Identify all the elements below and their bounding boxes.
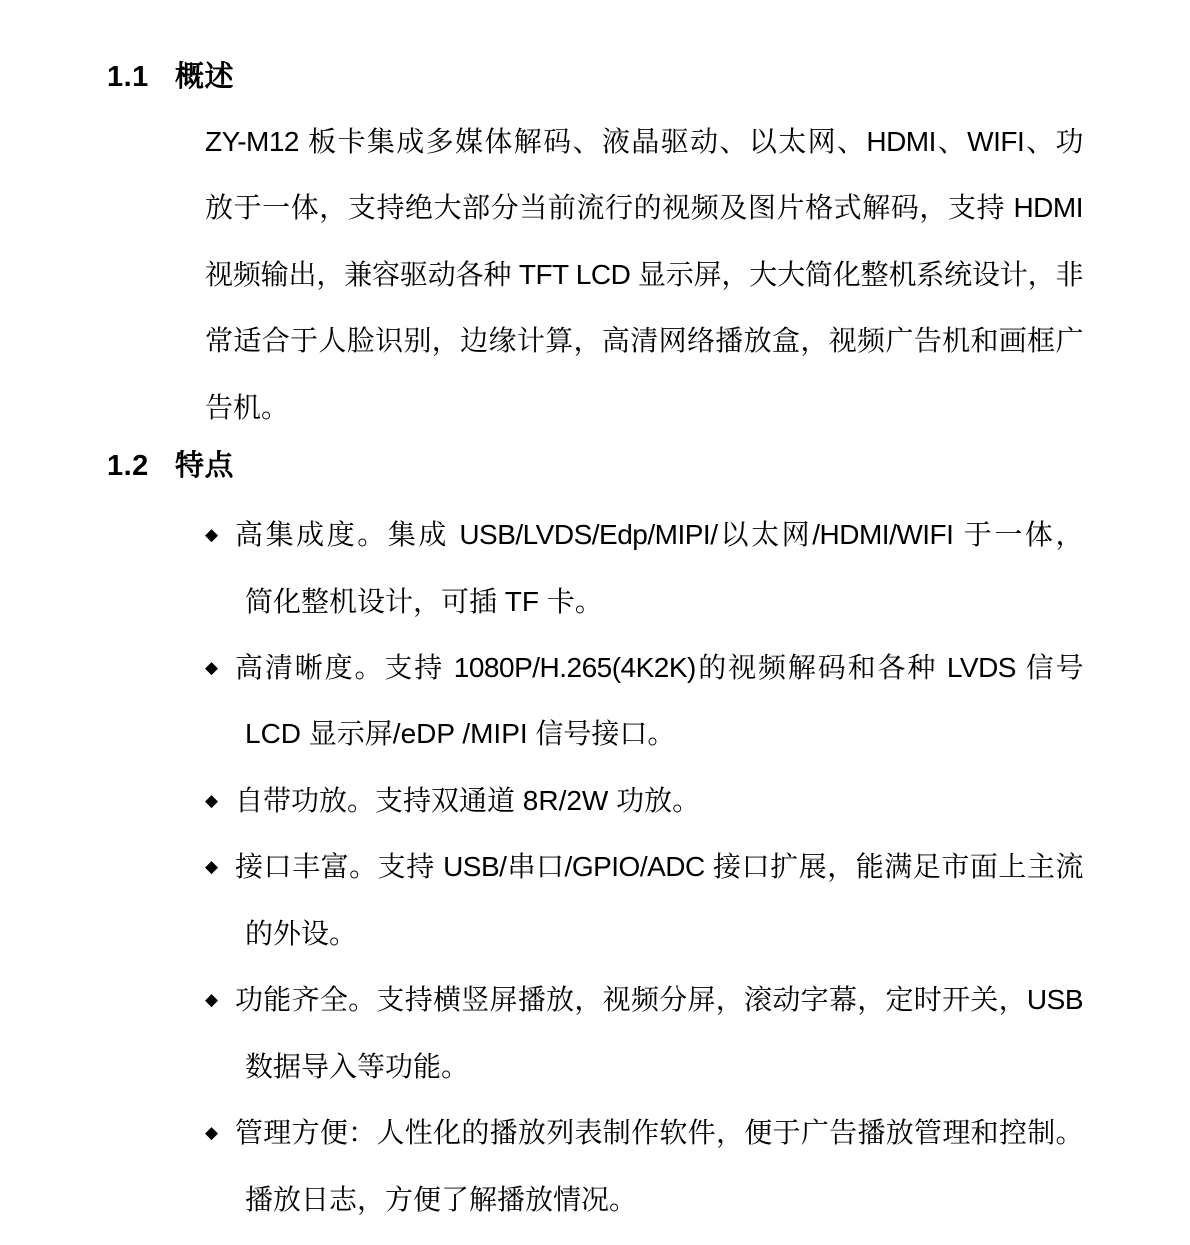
paragraph-line: ZY-M12 板卡集成多媒体解码、液晶驱动、以太网、HDMI、WIFI、功 xyxy=(205,123,1083,160)
document-page: 1.1概述 ZY-M12 板卡集成多媒体解码、液晶驱动、以太网、HDMI、WIF… xyxy=(0,0,1190,1245)
bullet-diamond-icon: ◆ xyxy=(205,981,235,1018)
section-title: 特点 xyxy=(175,450,234,482)
bullet-item: ◆ 管理方便：人性化的播放列表制作软件，便于广告播放管理和控制。 xyxy=(205,1114,1083,1151)
bullet-diamond-icon: ◆ xyxy=(205,516,235,553)
bullet-item: ◆ 自带功放。支持双通道 8R/2W 功放。 xyxy=(205,782,1083,819)
bullet-continuation-line: 的外设。 xyxy=(245,915,357,952)
bullet-continuation-line: 播放日志，方便了解播放情况。 xyxy=(245,1181,637,1218)
bullet-text: 自带功放。支持双通道 8R/2W 功放。 xyxy=(235,782,700,819)
bullet-item: ◆ 接口丰富。支持 USB/串口/GPIO/ADC 接口扩展，能满足市面上主流 xyxy=(205,848,1083,885)
bullet-item: ◆ 高集成度。集成 USB/LVDS/Edp/MIPI/以太网/HDMI/WIF… xyxy=(205,516,1083,553)
bullet-continuation-line: 数据导入等功能。 xyxy=(245,1048,469,1085)
bullet-text: 高集成度。集成 USB/LVDS/Edp/MIPI/以太网/HDMI/WIFI … xyxy=(235,516,1083,553)
bullet-item: ◆ 功能齐全。支持横竖屏播放，视频分屏，滚动字幕，定时开关，USB xyxy=(205,981,1083,1018)
bullet-continuation-line: 简化整机设计，可插 TF 卡。 xyxy=(245,583,603,620)
section-heading-1-2: 1.2特点 xyxy=(107,448,234,485)
bullet-diamond-icon: ◆ xyxy=(205,848,235,885)
bullet-diamond-icon: ◆ xyxy=(205,782,235,819)
bullet-item: ◆ 高清晰度。支持 1080P/H.265(4K2K)的视频解码和各种 LVDS… xyxy=(205,649,1083,686)
bullet-text: 管理方便：人性化的播放列表制作软件，便于广告播放管理和控制。 xyxy=(235,1114,1083,1151)
bullet-diamond-icon: ◆ xyxy=(205,1114,235,1151)
section-number: 1.2 xyxy=(107,448,175,485)
bullet-diamond-icon: ◆ xyxy=(205,649,235,686)
bullet-continuation-line: LCD 显示屏/eDP /MIPI 信号接口。 xyxy=(245,715,675,752)
section-number: 1.1 xyxy=(107,59,175,96)
section-heading-1-1: 1.1概述 xyxy=(107,59,234,96)
paragraph-line: 视频输出，兼容驱动各种 TFT LCD 显示屏，大大简化整机系统设计，非 xyxy=(205,256,1083,293)
paragraph-line: 常适合于人脸识别，边缘计算，高清网络播放盒，视频广告机和画框广 xyxy=(205,322,1083,359)
paragraph-line: 告机。 xyxy=(205,389,289,426)
paragraph-line: 放于一体，支持绝大部分当前流行的视频及图片格式解码，支持 HDMI xyxy=(205,189,1083,226)
bullet-text: 高清晰度。支持 1080P/H.265(4K2K)的视频解码和各种 LVDS 信… xyxy=(235,649,1083,686)
bullet-text: 功能齐全。支持横竖屏播放，视频分屏，滚动字幕，定时开关，USB xyxy=(235,981,1083,1018)
section-title: 概述 xyxy=(175,61,234,93)
bullet-text: 接口丰富。支持 USB/串口/GPIO/ADC 接口扩展，能满足市面上主流 xyxy=(235,848,1083,885)
